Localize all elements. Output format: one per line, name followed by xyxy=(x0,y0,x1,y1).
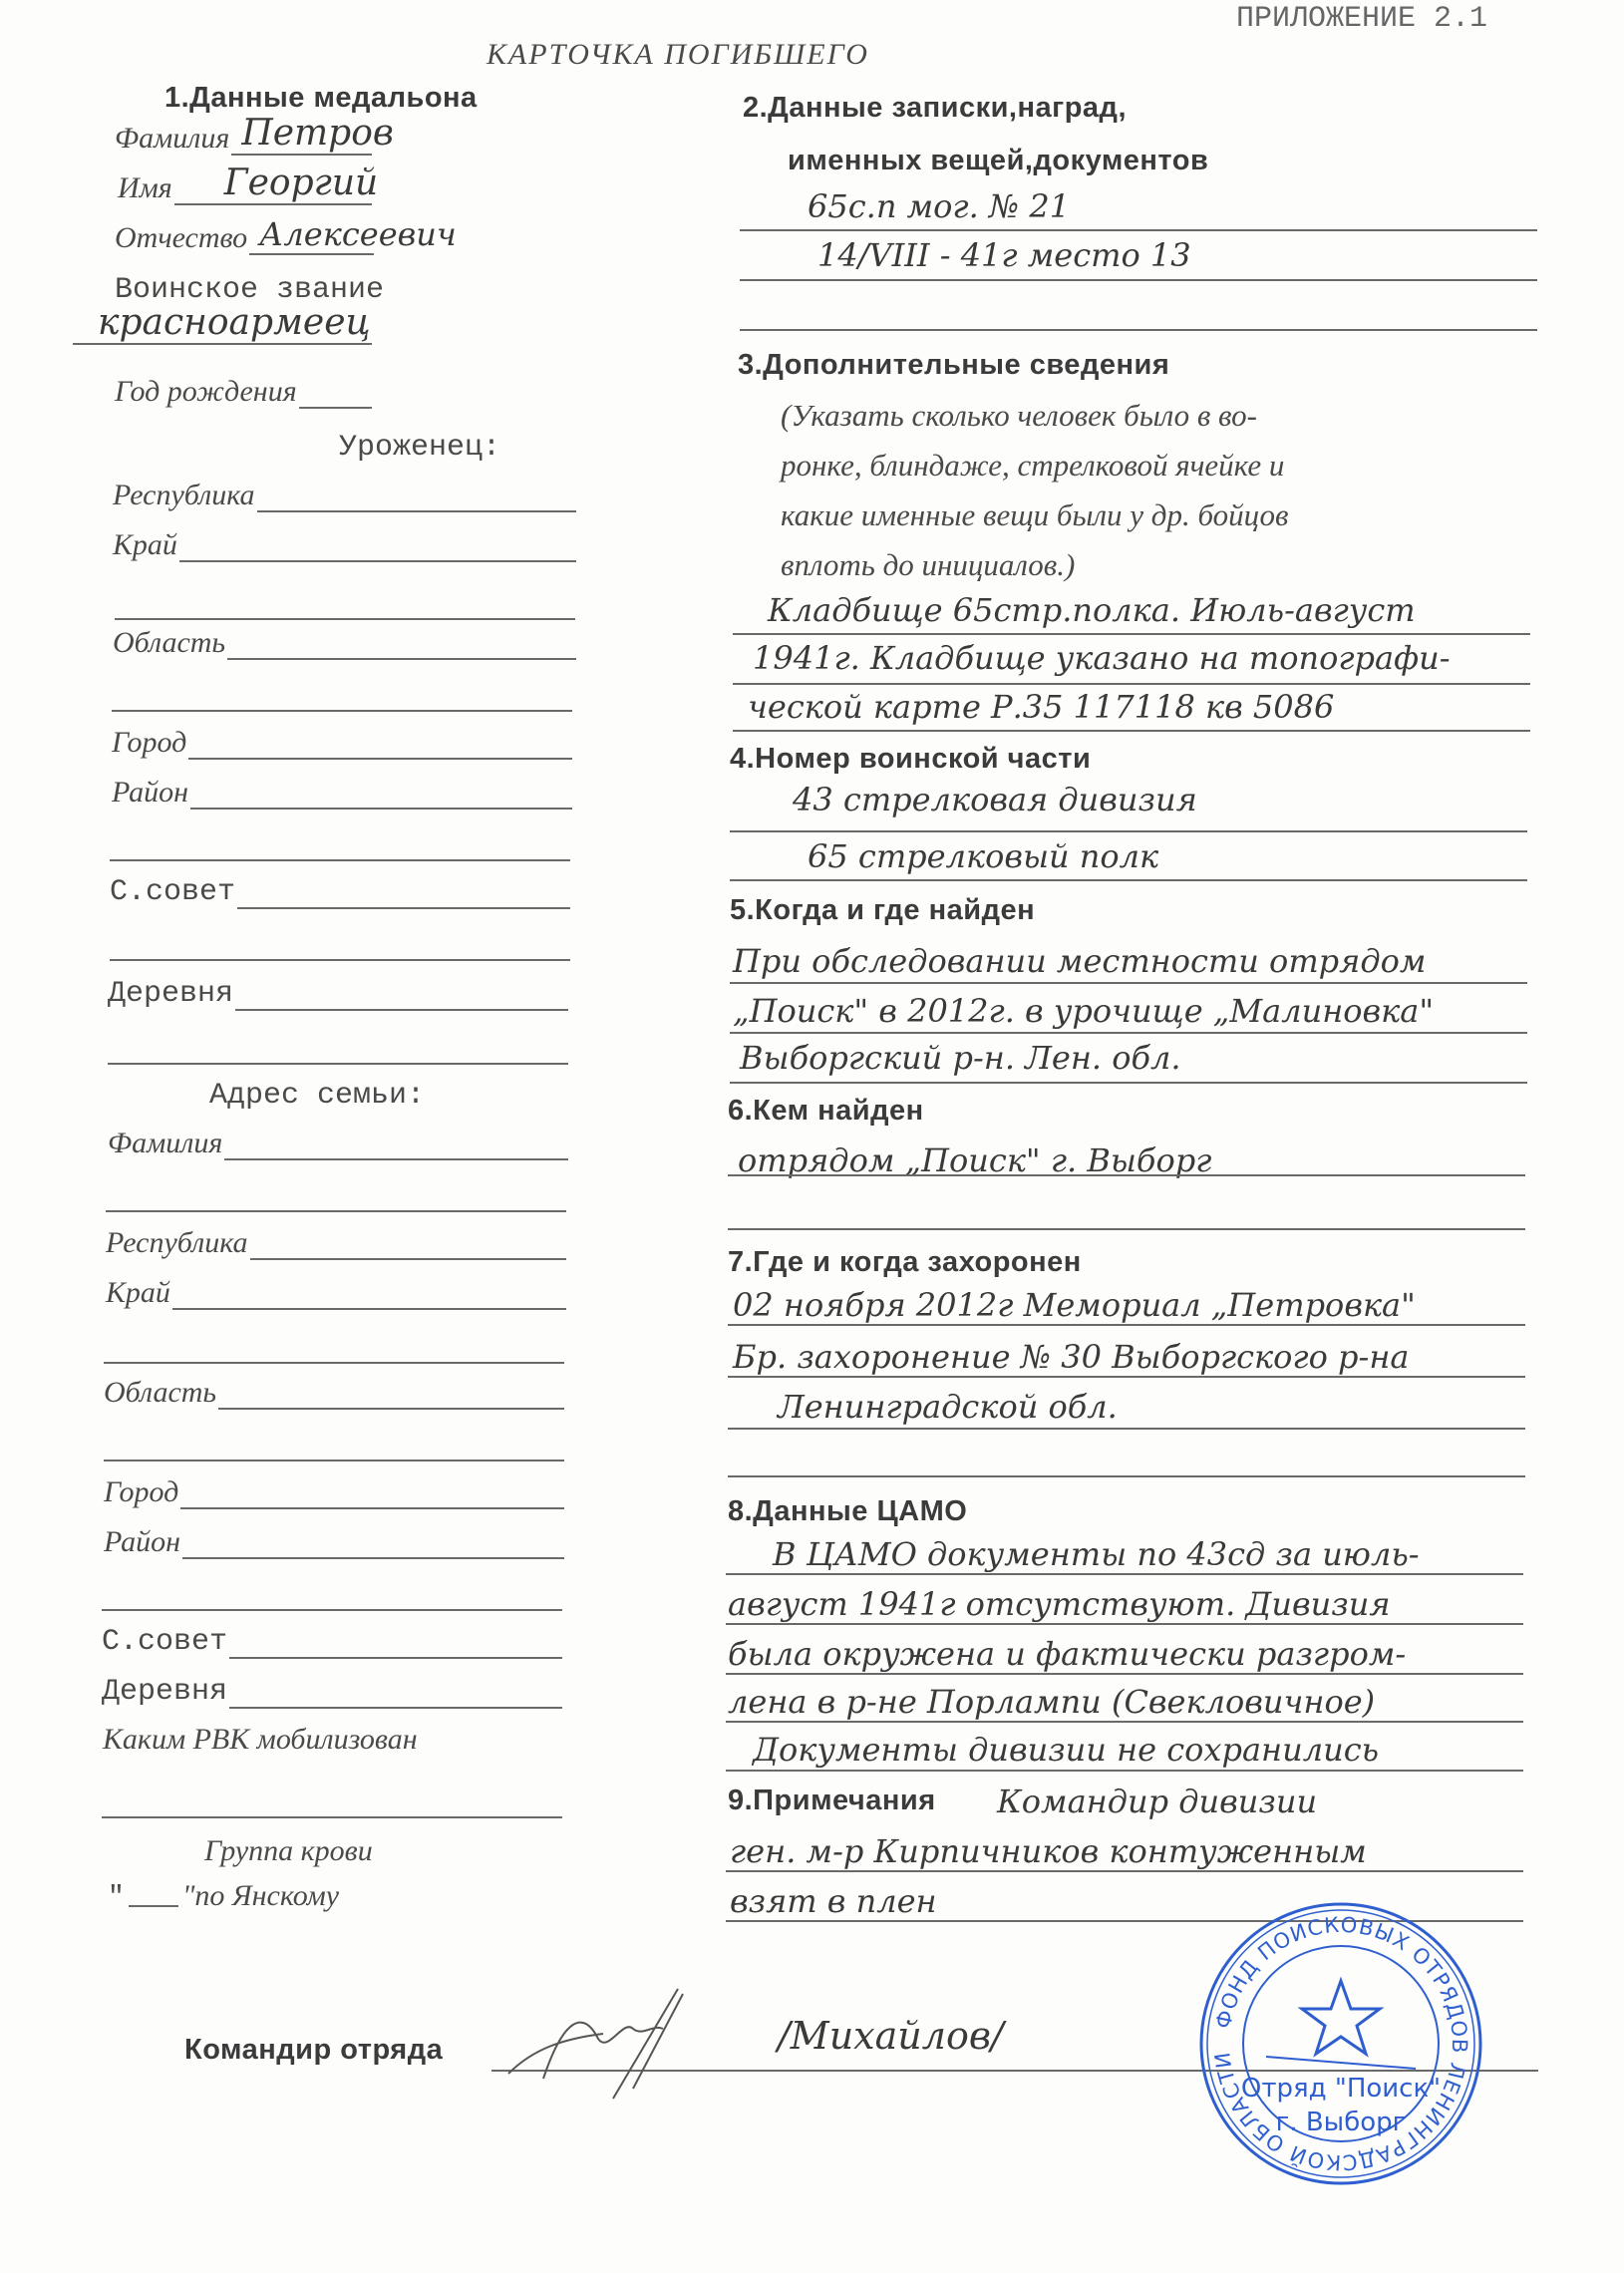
name-label: Имя xyxy=(118,171,172,205)
surname-label: Фамилия xyxy=(115,122,229,156)
family-krai-field[interactable]: Край xyxy=(106,1276,566,1310)
blood-group-label: Группа крови xyxy=(204,1834,373,1868)
name-field[interactable]: Имя Георгий xyxy=(118,171,372,205)
native-selsovet-label: С.совет xyxy=(110,875,235,909)
native-krai-field[interactable]: Край xyxy=(113,528,576,562)
native-district-label: Район xyxy=(112,776,188,810)
blood-group-suffix: "по Янскому xyxy=(182,1879,339,1913)
section-8-line-2[interactable] xyxy=(726,1623,1523,1625)
native-republic-field[interactable]: Республика xyxy=(113,479,576,512)
section-4-text-1: 43 стрелковая дивизия xyxy=(793,781,1197,818)
rank-value-field[interactable]: красноармеец xyxy=(73,323,372,345)
section-5-line-2[interactable] xyxy=(730,1032,1527,1034)
signature-scribble xyxy=(503,1979,763,2109)
section-7-line-1[interactable] xyxy=(728,1324,1525,1326)
patronymic-value: Алексеевич xyxy=(259,215,457,253)
native-krai-extra-line xyxy=(115,618,575,620)
rvk-label: Каким РВК мобилизован xyxy=(103,1723,418,1757)
section-4-line-1[interactable] xyxy=(730,830,1527,832)
section-5-text-3: Выборгский р-н. Лен. обл. xyxy=(740,1039,1181,1077)
section-4-line-2[interactable] xyxy=(730,879,1527,881)
family-republic-field[interactable]: Республика xyxy=(106,1226,566,1260)
section-3-instruction: (Указать сколько человек было в во- ронк… xyxy=(781,391,1288,590)
family-surname-label: Фамилия xyxy=(108,1127,222,1160)
section-3-instruction-line: ронке, блиндаже, стрелковой ячейке и xyxy=(781,441,1288,490)
section-6-line-2[interactable] xyxy=(728,1228,1525,1230)
surname-value: Петров xyxy=(241,113,394,154)
family-district-field[interactable]: Район xyxy=(104,1525,564,1559)
native-oblast-field[interactable]: Область xyxy=(113,626,576,660)
section-8-text-5: Документы дивизии не сохранились xyxy=(753,1731,1379,1769)
family-oblast-extra-line xyxy=(104,1460,564,1461)
section-2-title-line1: 2.Данные записки,наград, xyxy=(743,92,1127,125)
section-7-title: 7.Где и когда захоронен xyxy=(728,1246,1082,1279)
family-oblast-label: Область xyxy=(104,1376,216,1410)
section-9-inline-text: Командир дивизии xyxy=(997,1783,1317,1820)
section-3-line-3[interactable] xyxy=(733,730,1530,732)
section-8-text-1: В ЦАМО документы по 43сд за июль- xyxy=(773,1535,1420,1573)
appendix-label: ПРИЛОЖЕНИЕ 2.1 xyxy=(1236,2,1487,36)
family-village-label: Деревня xyxy=(102,1675,227,1709)
section-5-line-3[interactable] xyxy=(730,1082,1527,1084)
family-district-extra-line xyxy=(102,1609,562,1611)
native-village-extra-line xyxy=(108,1063,568,1065)
native-district-field[interactable]: Район xyxy=(112,776,572,810)
section-8-line-1[interactable] xyxy=(726,1573,1523,1575)
name-value: Георгий xyxy=(224,162,378,203)
section-9-line-1[interactable] xyxy=(726,1870,1523,1872)
family-city-label: Город xyxy=(104,1475,178,1509)
section-3-text-2: 1941г. Кладбище указано на топографи- xyxy=(753,639,1451,677)
stamp-line1: Отряд "Поиск" xyxy=(1241,2074,1441,2104)
section-7-text-1: 02 ноября 2012г Мемориал „Петровка" xyxy=(733,1286,1416,1324)
family-city-field[interactable]: Город xyxy=(104,1475,564,1509)
section-3-title: 3.Дополнительные сведения xyxy=(738,349,1169,382)
family-republic-label: Республика xyxy=(106,1226,248,1260)
section-3-instruction-line: (Указать сколько человек было в во- xyxy=(781,391,1288,441)
section-5-title: 5.Когда и где найден xyxy=(730,894,1035,927)
section-5-line-1[interactable] xyxy=(730,982,1527,984)
section-9-text-1: ген. м-р Кирпичников контуженным xyxy=(730,1832,1367,1870)
section-8-line-4[interactable] xyxy=(726,1721,1523,1723)
section-4-title: 4.Номер воинской части xyxy=(730,743,1091,776)
birth-year-field[interactable]: Год рождения xyxy=(115,375,372,409)
section-2-line-2[interactable] xyxy=(740,279,1537,281)
family-krai-extra-line xyxy=(104,1362,564,1364)
birth-year-label: Год рождения xyxy=(115,375,297,409)
section-3-text-3: ческой карте Р.35 117118 кв 5086 xyxy=(748,688,1334,726)
native-republic-label: Республика xyxy=(113,479,255,512)
document-title: КАРТОЧКА ПОГИБШЕГО xyxy=(487,38,869,72)
surname-field[interactable]: Фамилия Петров xyxy=(115,122,372,156)
section-8-text-3: была окружена и фактически разгром- xyxy=(728,1635,1406,1673)
family-surname-field[interactable]: Фамилия xyxy=(108,1127,568,1160)
family-surname-extra-line xyxy=(106,1210,566,1212)
patronymic-field[interactable]: Отчество Алексеевич xyxy=(115,221,374,255)
family-selsovet-label: С.совет xyxy=(102,1625,227,1659)
family-district-label: Район xyxy=(104,1525,180,1559)
section-3-line-2[interactable] xyxy=(733,683,1530,685)
patronymic-label: Отчество xyxy=(115,221,247,255)
section-6-line-1[interactable] xyxy=(728,1174,1525,1176)
section-8-title: 8.Данные ЦАМО xyxy=(728,1495,967,1528)
native-city-field[interactable]: Город xyxy=(112,726,572,760)
blood-group-open-quote: " xyxy=(108,1882,125,1913)
native-heading: Уроженец: xyxy=(339,431,500,465)
section-3-instruction-line: какие именные вещи были у др. бойцов xyxy=(781,490,1288,540)
native-krai-label: Край xyxy=(113,528,177,562)
section-7-line-2[interactable] xyxy=(728,1376,1525,1378)
section-8-text-4: лена в р-не Порлампи (Свекловичное) xyxy=(728,1683,1375,1721)
stamp-star-icon xyxy=(1302,1981,1380,2054)
section-4-text-2: 65 стрелковый полк xyxy=(808,837,1158,875)
section-2-text-2: 14/VIII - 41г место 13 xyxy=(817,236,1191,274)
rank-value: красноармеец xyxy=(98,302,371,343)
section-3-text-1: Кладбище 65стр.полка. Июль-август xyxy=(768,591,1416,629)
section-7-text-2: Бр. захоронение № 30 Выборгского р-на xyxy=(733,1338,1409,1376)
native-city-label: Город xyxy=(112,726,186,760)
section-7-line-4[interactable] xyxy=(728,1475,1525,1477)
family-krai-label: Край xyxy=(106,1276,170,1310)
section-6-title: 6.Кем найден xyxy=(728,1095,924,1128)
blood-group-blank xyxy=(129,1905,178,1907)
native-village-field[interactable]: Деревня xyxy=(108,977,568,1011)
native-oblast-label: Область xyxy=(113,626,225,660)
section-2-text-1: 65с.п мог. № 21 xyxy=(808,187,1070,225)
section-7-line-3[interactable] xyxy=(728,1428,1525,1430)
family-selsovet-field[interactable]: С.совет xyxy=(102,1625,562,1659)
section-2-line-3[interactable] xyxy=(740,329,1537,331)
rvk-line[interactable] xyxy=(102,1816,562,1818)
family-oblast-field[interactable]: Область xyxy=(104,1376,564,1410)
native-oblast-extra-line xyxy=(112,710,572,712)
section-8-text-2: август 1941г отсутствуют. Дивизия xyxy=(728,1585,1391,1623)
section-8-line-5[interactable] xyxy=(726,1770,1523,1772)
section-9-text-2: взят в плен xyxy=(730,1882,937,1920)
commander-label: Командир отряда xyxy=(184,2034,443,2067)
commander-name: /Михайлов/ xyxy=(778,2014,1004,2058)
section-5-text-1: При обследовании местности отрядом xyxy=(733,942,1426,980)
stamp-line2: г. Выборг xyxy=(1276,2108,1407,2137)
blood-group-field[interactable]: " "по Янскому xyxy=(108,1879,339,1913)
native-selsovet-field[interactable]: С.совет xyxy=(110,875,570,909)
section-8-line-3[interactable] xyxy=(726,1673,1523,1675)
official-stamp: ФОНД ПОИСКОВЫХ ОТРЯДОВ ЛЕНИНГРАДСКОЙ ОБЛ… xyxy=(1196,1899,1485,2188)
native-district-extra-line xyxy=(110,859,570,861)
section-2-title-line2: именных вещей,документов xyxy=(788,145,1208,177)
section-3-instruction-line: вплоть до инициалов.) xyxy=(781,540,1288,590)
section-2-line-1[interactable] xyxy=(740,229,1537,231)
section-7-text-3: Ленинградской обл. xyxy=(778,1388,1118,1426)
native-village-label: Деревня xyxy=(108,977,233,1011)
section-5-text-2: „Поиск" в 2012г. в урочище „Малиновка" xyxy=(733,992,1434,1030)
section-1-title: 1.Данные медальона xyxy=(164,82,478,115)
native-selsovet-extra-line xyxy=(110,959,570,961)
family-heading: Адрес семьи: xyxy=(209,1079,425,1113)
section-9-title: 9.Примечания xyxy=(728,1785,936,1817)
family-village-field[interactable]: Деревня xyxy=(102,1675,562,1709)
section-3-line-1[interactable] xyxy=(733,633,1530,635)
